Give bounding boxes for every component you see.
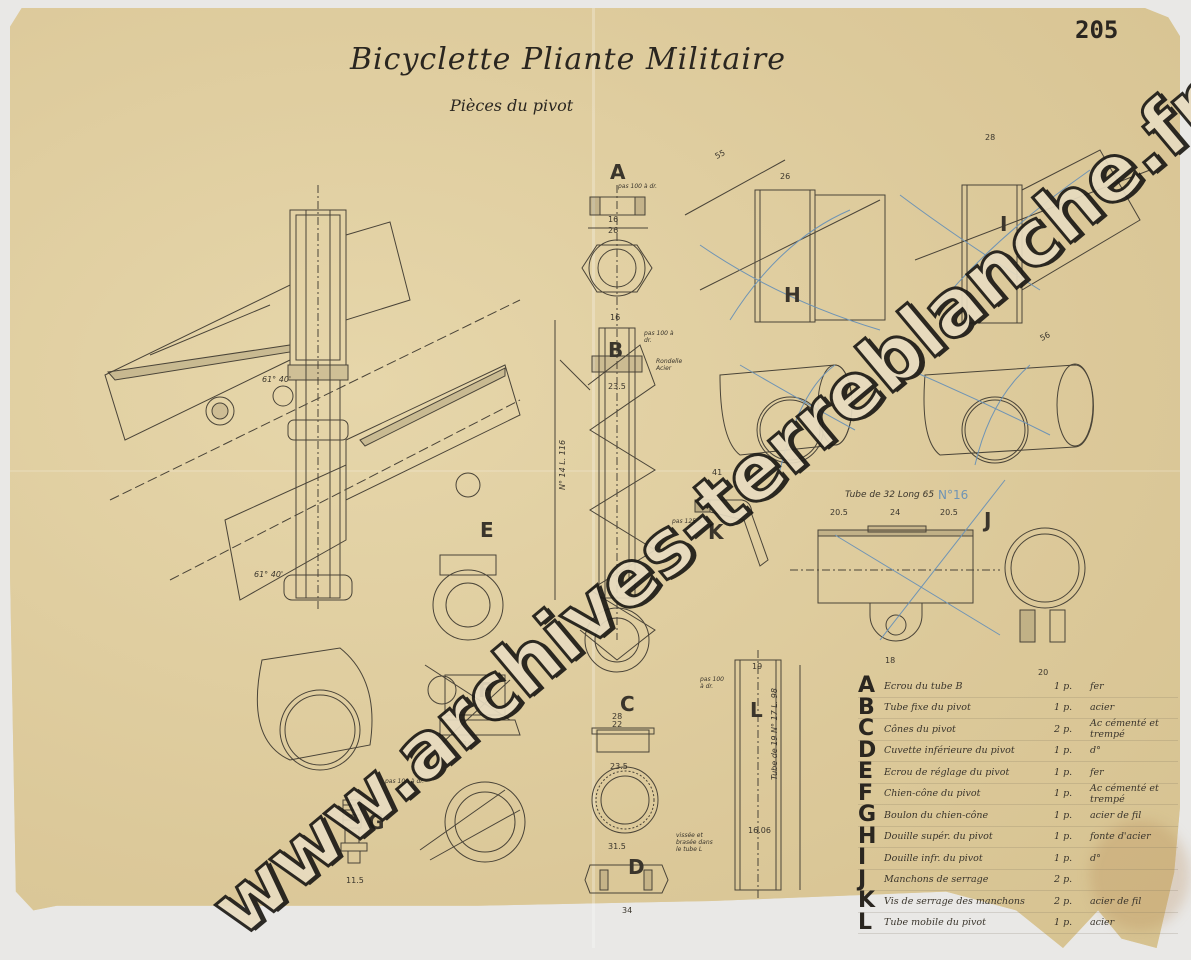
part-l-tube-note: Tube de 19 N° 17 L. 98 (770, 688, 779, 780)
part-label-l: L (750, 698, 763, 722)
parts-list-letter: H (858, 827, 884, 847)
parts-list-qty: 1 p. (1054, 767, 1090, 778)
part-g-dim-base: 11.5 (346, 876, 364, 885)
part-label-d: D (628, 855, 645, 879)
parts-list-qty: 2 p. (1054, 896, 1090, 907)
parts-list-material: acier (1090, 917, 1178, 928)
parts-list-qty: 2 p. (1054, 874, 1090, 885)
parts-list-row: DCuvette inférieure du pivot1 p.d° (858, 741, 1178, 763)
part-j-drawing (790, 480, 1085, 642)
parts-list-material: fonte d'acier (1090, 831, 1178, 842)
part-label-h: H (784, 283, 801, 307)
parts-list-letter: B (858, 698, 884, 718)
part-h-dim-26: 26 (780, 172, 790, 181)
parts-list-name: Tube mobile du pivot (884, 917, 1054, 928)
part-label-e: E (480, 518, 494, 542)
parts-list-material: Ac cémenté et trempé (1090, 718, 1178, 740)
parts-list-material: d° (1090, 745, 1178, 756)
parts-list-material: fer (1090, 767, 1178, 778)
part-d-dim-base: 34 (622, 906, 632, 915)
parts-list-qty: 1 p. (1054, 702, 1090, 713)
parts-list-qty: 1 p. (1054, 681, 1090, 692)
part-j-dim-left: 20.5 (830, 508, 848, 517)
part-j-tube-note: Tube de 32 Long 65 (845, 490, 934, 500)
parts-list-row: KVis de serrage des manchons2 p.acier de… (858, 891, 1178, 913)
parts-list-row: CCônes du pivot2 p.Ac cémenté et trempé (858, 719, 1178, 741)
parts-list-name: Tube fixe du pivot (884, 702, 1054, 713)
part-c-drawing (592, 728, 658, 833)
pivot-angle-lower: 61° 40' (254, 570, 283, 579)
pivot-assembly-section (105, 185, 520, 610)
parts-list-letter: L (858, 913, 884, 933)
parts-list-row: JManchons de serrage2 p. (858, 870, 1178, 892)
part-label-c: C (620, 692, 635, 716)
part-l-dim-inner: 16.06 (748, 826, 771, 835)
parts-list-qty: 1 p. (1054, 853, 1090, 864)
part-a-note: pas 100 à dr. (618, 183, 657, 190)
part-d-drawing (585, 865, 668, 893)
parts-list-name: Boulon du chien-cône (884, 810, 1054, 821)
parts-list-name: Cônes du pivot (884, 724, 1054, 735)
parts-list-qty: 1 p. (1054, 810, 1090, 821)
parts-list-qty: 1 p. (1054, 831, 1090, 842)
part-l-dim-top: 19 (752, 662, 762, 671)
parts-list-material: fer (1090, 681, 1178, 692)
parts-list-row: EEcrou de réglage du pivot1 p.fer (858, 762, 1178, 784)
part-i-dim-28: 28 (985, 133, 995, 142)
parts-list-name: Douille supér. du pivot (884, 831, 1054, 842)
parts-list-name: Vis de serrage des manchons (884, 896, 1054, 907)
parts-list-material: acier de fil (1090, 896, 1178, 907)
part-c-dim-inner: 22 (612, 720, 622, 729)
parts-list-letter: K (858, 891, 884, 911)
parts-list-row: LTube mobile du pivot1 p.acier (858, 913, 1178, 935)
part-e-drawing (433, 555, 503, 640)
part-j-dim-mid: 24 (890, 508, 900, 517)
parts-list-row: BTube fixe du pivot1 p.acier (858, 698, 1178, 720)
parts-list-name: Douille infr. du pivot (884, 853, 1054, 864)
parts-list-material: acier de fil (1090, 810, 1178, 821)
parts-list-name: Cuvette inférieure du pivot (884, 745, 1054, 756)
part-label-b: B (608, 338, 623, 362)
part-d-dim-outer: 31.5 (608, 842, 626, 851)
part-a-dim-outer: 26 (608, 226, 618, 235)
part-label-a: A (610, 160, 625, 184)
part-b-note-washer: Rondelle Acier (656, 358, 696, 372)
part-b-note-thread: pas 100 à dr. (644, 330, 674, 344)
parts-list-row: HDouille supér. du pivot1 p.fonte d'acie… (858, 827, 1178, 849)
parts-list-material: acier (1090, 702, 1178, 713)
parts-list-qty: 2 p. (1054, 724, 1090, 735)
parts-list-material: Ac cémenté et trempé (1090, 783, 1178, 805)
parts-list-letter: J (858, 870, 884, 890)
parts-list-qty: 1 p. (1054, 788, 1090, 799)
parts-list-row: AEcrou du tube B1 p.fer (858, 676, 1178, 698)
part-j-dim-right: 20.5 (940, 508, 958, 517)
pivot-angle-upper: 61° 40' (262, 375, 291, 384)
parts-list-letter: D (858, 741, 884, 761)
parts-list-letter: A (858, 676, 884, 696)
parts-list-material: d° (1090, 853, 1178, 864)
part-j-number: N°16 (938, 488, 968, 502)
part-l-note: pas 100 à dr. (700, 676, 726, 690)
part-l-drawing (735, 650, 800, 900)
parts-list-letter: I (858, 848, 884, 868)
parts-list-row: IDouille infr. du pivot1 p.d° (858, 848, 1178, 870)
part-b-tube-note: N° 14 L. 116 (558, 440, 567, 490)
parts-list: AEcrou du tube B1 p.fer BTube fixe du pi… (858, 676, 1178, 934)
parts-list-name: Manchons de serrage (884, 874, 1054, 885)
parts-list-letter: C (858, 719, 884, 739)
part-d-note: vissée et brasée dans le tube L (676, 832, 716, 853)
parts-list-name: Ecrou du tube B (884, 681, 1054, 692)
parts-list-letter: E (858, 762, 884, 782)
parts-list-row: GBoulon du chien-cône1 p.acier de fil (858, 805, 1178, 827)
part-label-j: J (984, 508, 991, 532)
parts-list-name: Chien-cône du pivot (884, 788, 1054, 799)
parts-list-row: FChien-cône du pivot1 p.Ac cémenté et tr… (858, 784, 1178, 806)
parts-list-name: Ecrou de réglage du pivot (884, 767, 1054, 778)
parts-list-qty: 1 p. (1054, 745, 1090, 756)
parts-list-qty: 1 p. (1054, 917, 1090, 928)
part-a-dim-inner: 16 (608, 215, 618, 224)
part-j-dim-bolt: 18 (885, 656, 895, 665)
parts-list-letter: F (858, 784, 884, 804)
part-b-dim-width: 16 (610, 313, 620, 322)
parts-list-letter: G (858, 805, 884, 825)
part-b-dim-inner: 23.5 (608, 382, 626, 391)
part-c-dim-bore: 23.5 (610, 762, 628, 771)
